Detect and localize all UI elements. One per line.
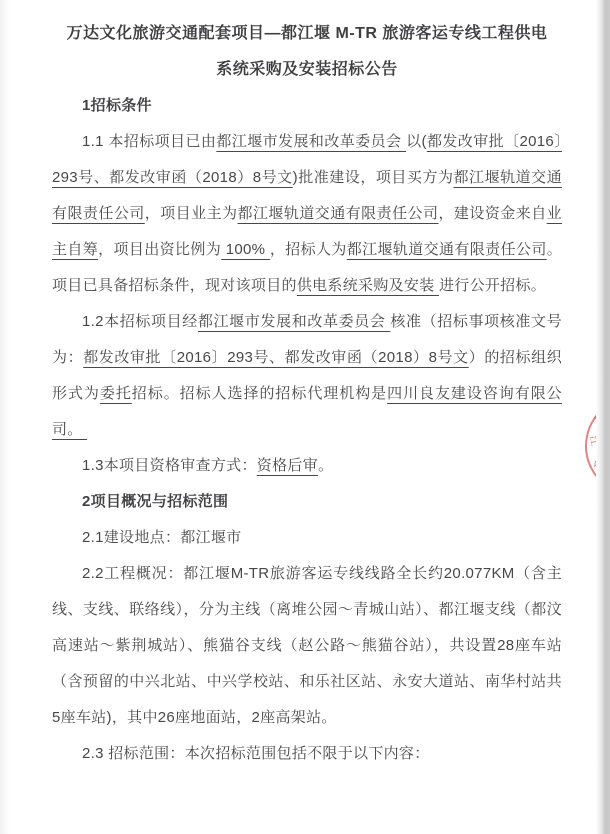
text-run: 1.1 本招标项目已由: [82, 133, 216, 150]
text-run: 进行公开招标。: [439, 277, 546, 294]
paragraph: 1.2本招标项目经都江堰市发展和改革委员会 核准（招标事项核准文号为：都发改审批…: [52, 304, 562, 448]
text-run: 2.3 招标范围：本次招标范围包括不限于以下内容：: [82, 745, 430, 762]
paragraph: 2.1建设地点：都江堰市: [52, 520, 562, 556]
text-run: 招标。招标人选择的招标代理机构是: [132, 385, 387, 402]
scan-right-edge: [596, 0, 610, 834]
underlined-text: 资格后审: [257, 457, 318, 474]
section-heading: 2项目概况与招标范围: [52, 484, 562, 520]
paragraph: 2.2工程概况：都江堰M-TR旅游客运专线线路全长约20.077KM（含主线、支…: [52, 556, 562, 736]
text-run: ，建设资金来自: [438, 205, 546, 222]
paragraph: 1.1 本招标项目已由都江堰市发展和改革委员会 以(都发改审批〔2016〕293…: [52, 124, 562, 304]
document-title-line: 万达文化旅游交通配套项目—都江堰 M-TR 旅游客运专线工程供电: [52, 16, 562, 52]
section-heading: 1招标条件: [52, 88, 562, 124]
underlined-text: 都江堰轨道交通有限责任公司: [238, 205, 439, 222]
text-run: 2.1建设地点：都江堰市: [82, 529, 241, 546]
underlined-text: 都江堰市发展和改革委员会: [198, 313, 390, 330]
scanned-document-page: 万达文化旅游交通配套项目—都江堰 M-TR 旅游客运专线工程供电系统采购及安装招…: [0, 0, 610, 834]
text-run: 2项目概况与招标范围: [82, 493, 228, 510]
text-run: 。: [318, 457, 333, 474]
text-run: ，招标人为: [270, 241, 347, 258]
text-run: 系统采购及安装招标公告: [216, 61, 398, 78]
document-blocks: 万达文化旅游交通配套项目—都江堰 M-TR 旅游客运专线工程供电系统采购及安装招…: [52, 16, 562, 772]
underlined-text: 委托: [100, 385, 132, 402]
underlined-text: 都江堰轨道交通有限责任公司: [347, 241, 547, 258]
scan-left-edge: [0, 0, 10, 834]
text-run: 2.2工程概况：都江堰M-TR旅游客运专线线路全长约20.077KM（含主线、支…: [52, 565, 562, 726]
text-run: 1.2本招标项目经: [82, 313, 198, 330]
text-run: 万达文化旅游交通配套项目—都江堰 M-TR 旅游客运专线工程供电: [67, 25, 548, 42]
text-run: 1招标条件: [82, 97, 152, 114]
text-run: )批准建设，项目买方为: [293, 169, 454, 186]
text-run: ，项目出资比例为: [98, 241, 221, 258]
paragraph: 1.3本项目资格审查方式：资格后审。: [52, 448, 562, 484]
text-run: 以(: [406, 133, 427, 150]
underlined-text: 都发改审批〔2016〕293号、都发改审函（2018）8号文: [83, 349, 469, 366]
underlined-text: 100%: [221, 241, 270, 258]
text-run: ，项目业主为: [145, 205, 238, 222]
underlined-text: 都江堰市发展和改革委员会: [216, 133, 406, 150]
paragraph: 2.3 招标范围：本次招标范围包括不限于以下内容：: [52, 736, 562, 772]
document-body: 万达文化旅游交通配套项目—都江堰 M-TR 旅游客运专线工程供电系统采购及安装招…: [0, 0, 610, 772]
underlined-text: 供电系统采购及安装: [297, 277, 439, 294]
document-title-line: 系统采购及安装招标公告: [52, 52, 562, 88]
text-run: 1.3本项目资格审查方式：: [82, 457, 257, 474]
